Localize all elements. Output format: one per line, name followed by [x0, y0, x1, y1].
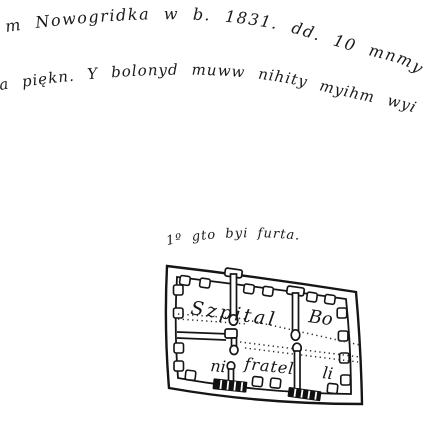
manuscript-page: { "page": { "paper_color": "#ffffff", "i… — [0, 0, 425, 442]
pillar-stem — [293, 293, 299, 331]
pillar-top-2 — [287, 286, 305, 340]
merlon-tooth — [199, 278, 210, 288]
merlon-tooth — [174, 343, 184, 353]
merlon-tooth — [262, 286, 273, 296]
merlon-tooth — [324, 294, 335, 304]
figure-caption: 1º gto byi furta. — [165, 226, 301, 249]
room-top-wall — [177, 332, 230, 334]
merlon-tooth — [270, 378, 281, 388]
merlon-tooth — [252, 376, 263, 386]
merlon-tooth — [306, 292, 317, 302]
plan-label-bottom-center: fratel — [243, 354, 296, 378]
gate-hatch-1 — [212, 378, 247, 392]
merlon-tooth — [174, 308, 184, 318]
plan-drawing: Szpital Bo ni fratel li — [166, 266, 362, 404]
pillar-knob — [291, 330, 300, 340]
pillar-stem — [295, 351, 301, 389]
room-top-wall-inner — [177, 338, 226, 340]
merlon-tooth — [174, 361, 184, 371]
pillar-bottom-stub — [227, 362, 235, 382]
merlon-tooth — [337, 308, 347, 318]
merlon-tooth — [340, 353, 350, 363]
gate-hatch-2 — [287, 387, 321, 401]
inner-room — [177, 329, 238, 355]
plan-label-bottom-right: li — [322, 363, 334, 383]
merlon-tooth — [243, 284, 254, 294]
plan-label-top-right: Bo — [306, 306, 334, 330]
merlon-tooth — [185, 370, 196, 380]
manuscript-canvas: m Nowogridka w b. 1831. dd. 10 mnmymum, … — [0, 0, 425, 442]
room-wall-t-head — [225, 329, 237, 338]
plan-label-bottom-left: ni — [210, 356, 227, 376]
merlon-tooth — [341, 375, 351, 385]
merlon-tooth — [327, 383, 338, 393]
merlon-tooth — [179, 275, 190, 285]
room-wall-t-knob — [230, 346, 238, 355]
figure-caption-text: 1º gto byi furta. — [165, 226, 301, 249]
merlon-tooth — [174, 285, 184, 295]
merlon-tooth — [338, 331, 348, 341]
